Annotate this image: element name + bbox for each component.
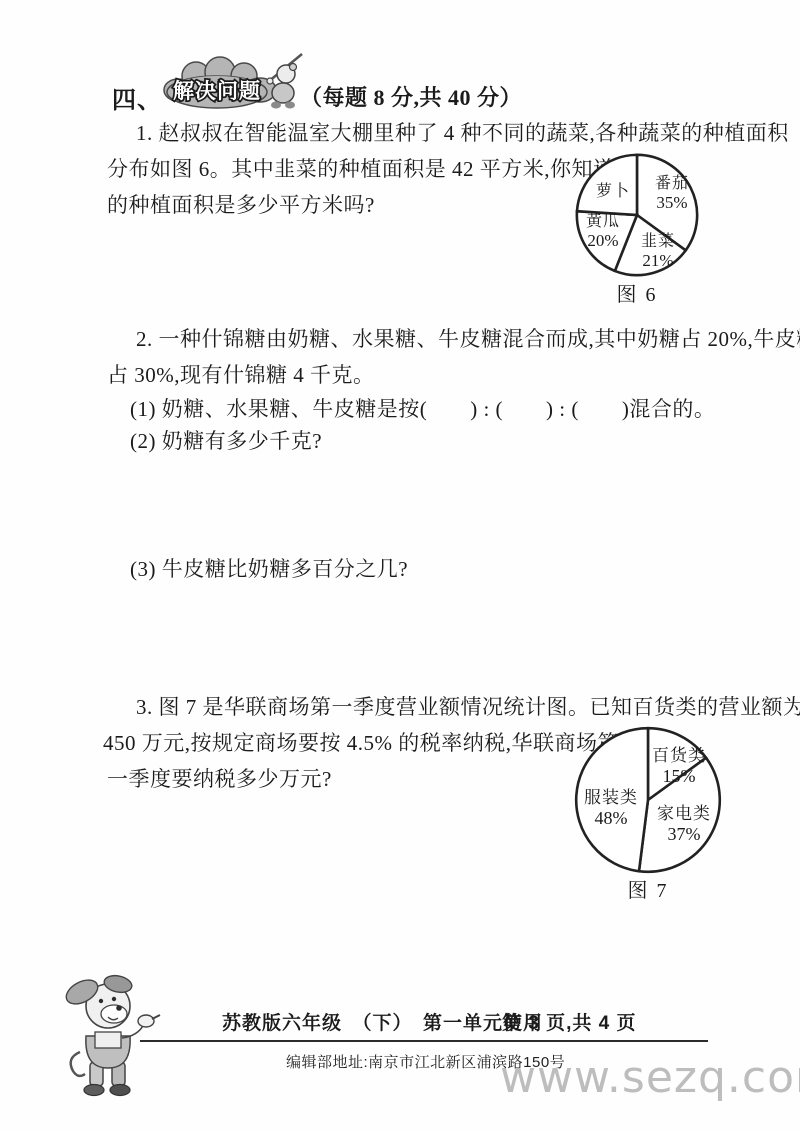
badge-mini-character-icon — [267, 54, 302, 109]
problem1-line1: 1. 赵叔叔在智能温室大棚里种了 4 种不同的蔬菜,各种蔬菜的种植面积 — [136, 120, 789, 146]
problem2-line1: 2. 一种什锦糖由奶糖、水果糖、牛皮糖混合而成,其中奶糖占 20%,牛皮糖 — [136, 326, 800, 352]
problem2-q3: (3) 牛皮糖比奶糖多百分之几? — [130, 556, 408, 582]
footer-divider — [140, 1040, 708, 1042]
problem2-q2: (2) 奶糖有多少千克? — [130, 428, 322, 454]
pie-chart-figure7: 百货类 15% 家电类 37% 服装类 48% — [574, 726, 722, 874]
pie7-label-clothing: 服装类 48% — [580, 788, 642, 828]
solve-problems-badge: 解决问题 — [162, 50, 312, 120]
pie6-label-leek: 韭菜 21% — [631, 233, 685, 271]
pie-chart-figure6: 萝卜 番茄 35% 韭菜 21% 黄瓜 20% — [575, 153, 699, 277]
figure7-caption: 图 7 — [574, 874, 722, 903]
problem3-line2: 450 万元,按规定商场要按 4.5% 的税率纳税,华联商场第 — [103, 730, 619, 756]
problem2-q1: (1) 奶糖、水果糖、牛皮糖是按( ) : ( ) : ( )混合的。 — [130, 396, 715, 422]
badge-label-text: 解决问题 — [173, 79, 261, 103]
section-number: 四、 — [112, 80, 162, 115]
pie6-label-cucumber: 黄瓜 20% — [575, 213, 631, 251]
pie6-label-tomato: 番茄 35% — [645, 175, 699, 213]
watermark-text: www.sezq.com — [500, 1052, 800, 1103]
pie7-label-department: 百货类 15% — [648, 746, 710, 786]
score-note: （每题 8 分,共 40 分） — [300, 81, 522, 112]
figure6-caption: 图 6 — [575, 278, 699, 307]
problem1-line3: 的种植面积是多少平方米吗? — [107, 192, 375, 218]
problem3-line1: 3. 图 7 是华联商场第一季度营业额情况统计图。已知百货类的营业额为 — [136, 694, 800, 720]
problem3-line3: 一季度要纳税多少万元? — [107, 766, 332, 792]
worksheet-page: 四、 解决问题 （每题 8 分,共 40 分 — [0, 0, 800, 1131]
footer-page-info: 第 3 页,共 4 页 — [502, 1008, 637, 1035]
footer-edition: 苏教版六年级 （下） 第一单元使用 — [222, 1008, 543, 1035]
cloud-badge-icon: 解决问题 — [162, 50, 312, 120]
problem2-line2: 占 30%,现有什锦糖 4 千克。 — [107, 362, 375, 388]
pie7-label-appliance: 家电类 37% — [652, 804, 716, 844]
pie6-label-radish: 萝卜 — [589, 183, 637, 201]
